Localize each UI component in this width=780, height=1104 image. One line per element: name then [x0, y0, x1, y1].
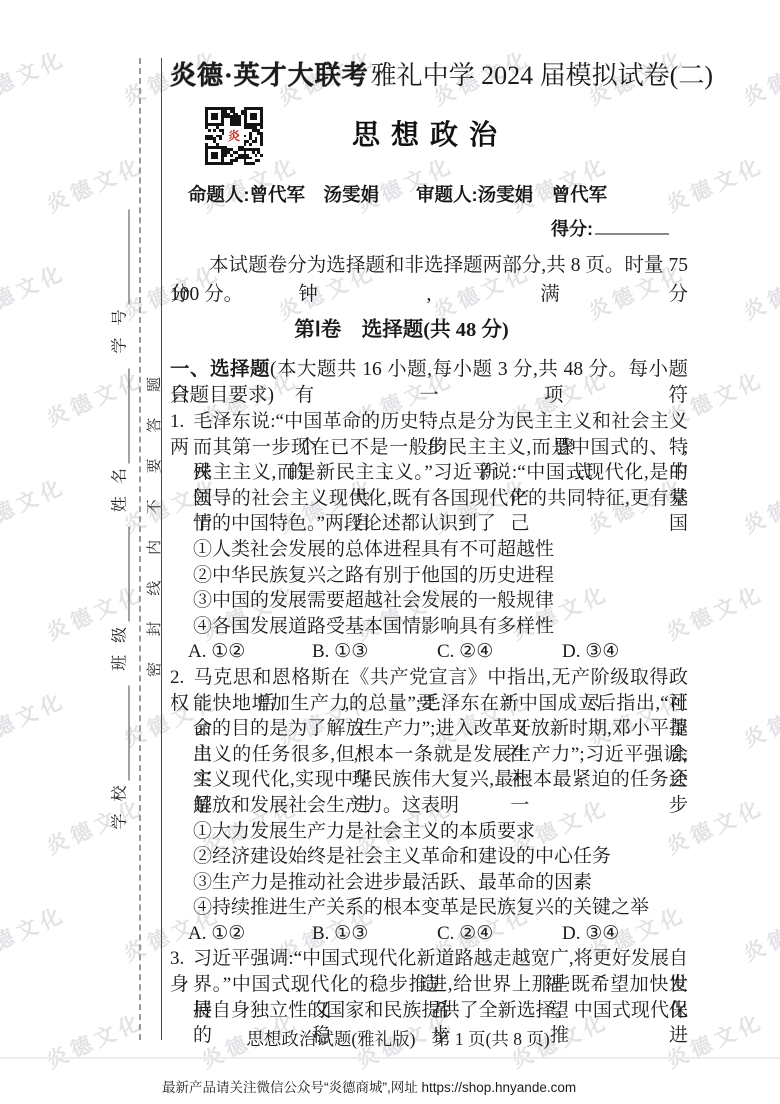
seal-char: 封 — [143, 621, 163, 636]
section-title: 一、选择题 — [170, 359, 270, 380]
field-class-blank — [125, 527, 130, 622]
qr-module — [230, 154, 233, 157]
watermark-text: 炎德文化 — [0, 42, 71, 112]
scan-edge-artifact — [0, 1057, 780, 1059]
choice-option: ④持续推进生产关系的根本变革是民族复兴的关键之举 — [170, 895, 688, 921]
watermark-text: 炎德文化 — [41, 791, 148, 861]
field-class: 班 级 — [107, 527, 130, 671]
choice-option: ①人类社会发展的总体进程具有不可超越性 — [170, 537, 688, 563]
qr-module — [257, 159, 260, 162]
field-name-blank — [125, 368, 130, 463]
answer-option-a: A. ①② — [188, 639, 245, 665]
choice-option: ④各国发展道路受基本国情影响具有多样性 — [170, 614, 688, 640]
seal-char: 要 — [143, 458, 163, 473]
question-stem-line: 主义现代化,实现中华民族伟大复兴,最根本最紧迫的任务还是进一步 — [170, 767, 688, 793]
answer-option-b: B. ①③ — [312, 639, 368, 665]
exam-body: 本试题卷分为选择题和非选择题两部分,共 8 页。时量 75 分钟,满分 100 … — [170, 251, 688, 1023]
qr-module — [235, 159, 238, 162]
seal-char: 答 — [143, 418, 163, 433]
field-school-blank — [125, 685, 130, 780]
question-stem-line: 能快地增加生产力的总量”;毛泽东在新中国成立后指出,“社会主义革 — [170, 691, 688, 717]
answer-options-row: A. ①② B. ①③ C. ②④ D. ③④ — [170, 921, 688, 947]
field-name-label: 姓 名 — [107, 464, 130, 512]
qr-module — [252, 162, 255, 165]
watermark-text: 炎德文化 — [738, 42, 780, 112]
choice-option: ③中国的发展需要超越社会发展的一般规律 — [170, 588, 688, 614]
field-student-number-blank — [125, 210, 130, 305]
seal-char: 密 — [143, 662, 163, 677]
question-stem-line: 1.毛泽东说:“中国革命的历史特点是分为民主主义和社会主义两个步骤, — [170, 409, 688, 435]
answer-option-b: B. ①③ — [312, 921, 368, 947]
answer-option-d: D. ③④ — [562, 639, 619, 665]
question-stem-line: 持自身独立性的国家和民族提供了全新选择。中国式现代化的稳步推进 — [170, 998, 688, 1024]
field-student-number: 学 号 — [107, 210, 130, 354]
qr-module — [260, 154, 263, 157]
watermark-text: 炎德文化 — [41, 363, 148, 433]
question-stem-line: 领导的社会主义现代化,既有各国现代化的共同特征,更有基于自己国 — [170, 486, 688, 512]
exam-title-rest: 雅礼中学 2024 届模拟试卷(二) — [371, 61, 713, 90]
section-directive-line: 一、选择题(本大题共 16 小题,每小题 3 分,共 48 分。每小题只有一项符 — [170, 357, 688, 383]
intro-line: 本试题卷分为选择题和非选择题两部分,共 8 页。时量 75 分钟,满分 — [170, 251, 688, 280]
field-name: 姓 名 — [107, 368, 130, 512]
watermark-text: 炎德文化 — [0, 256, 71, 326]
question-stem-line: 主义的任务很多,但根本一条就是发展生产力”;习近平强调,实现社会 — [170, 742, 688, 768]
field-student-number-label: 学 号 — [107, 306, 130, 354]
setters-line: 命题人:曾代军 汤雯娟 审题人:汤雯娟 曾代军 — [170, 181, 690, 207]
answer-option-c: C. ②④ — [437, 639, 493, 665]
answer-option-a: A. ①② — [188, 921, 245, 947]
page-footer: 思想政治试题(雅礼版) 第 1 页(共 8 页) — [170, 1026, 688, 1051]
exam-title: 炎德·英才大联考雅礼中学 2024 届模拟试卷(二) — [170, 55, 690, 92]
seal-fold-dashed-line — [139, 58, 141, 1040]
watermark-text: 炎德文化 — [0, 684, 71, 754]
watermark-text: 炎德文化 — [41, 149, 148, 219]
student-info-fields: 学 校 班 级 姓 名 学 号 — [109, 210, 130, 830]
watermark-text: 炎德文化 — [738, 898, 780, 968]
watermark-text: 炎德文化 — [0, 898, 71, 968]
qr-module — [224, 154, 227, 157]
watermark-text: 炎德文化 — [41, 577, 148, 647]
watermark-text: 炎德文化 — [41, 1005, 148, 1075]
qr-module — [255, 154, 258, 157]
question-stem-line: 3.习近平强调:“中国式现代化新道路越走越宽广,将更好发展自身、造福世 — [170, 946, 688, 972]
answer-option-c: C. ②④ — [437, 921, 493, 947]
field-school-label: 学 校 — [107, 781, 130, 829]
watermark-text: 炎德文化 — [738, 470, 780, 540]
bottom-notice: 最新产品请关注微信公众号“炎德商城”,网址 https://shop.hnyan… — [162, 1076, 576, 1096]
watermark-text: 炎德文化 — [738, 684, 780, 754]
choice-option: ②中华民族复兴之路有别于他国的历史进程 — [170, 563, 688, 589]
seal-char: 内 — [143, 540, 163, 555]
answer-options-row: A. ①② B. ①③ C. ②④ D. ③④ — [170, 639, 688, 665]
choice-option: ①大力发展生产力是社会主义的本质要求 — [170, 819, 688, 845]
question-stem-line: 民主主义,而是新民主主义。”习近平说:“中国式现代化,是中国共产党 — [170, 460, 688, 486]
qr-module — [230, 162, 233, 165]
question-number: 1. — [170, 409, 193, 435]
question-number: 3. — [170, 946, 193, 972]
question-stem-line: 而其第一步现在已不是一般的民主主义,而是中国式的、特殊的、新式的 — [170, 435, 688, 461]
question-stem-line: 2.马克思和恩格斯在《共产党宣言》中指出,无产阶级取得政权后,要“尽可 — [170, 665, 688, 691]
qr-module — [249, 157, 252, 160]
part-heading: 第Ⅰ卷 选择题(共 48 分) — [170, 316, 688, 345]
subject-title: 思想政治 — [170, 113, 690, 153]
seal-char: 线 — [143, 581, 163, 596]
seal-char: 不 — [143, 499, 163, 514]
field-school: 学 校 — [107, 685, 130, 829]
choice-option: ②经济建设始终是社会主义革命和建设的中心任务 — [170, 844, 688, 870]
exam-series-brand: 炎德·英才大联考 — [170, 61, 369, 90]
field-class-label: 班 级 — [107, 623, 130, 671]
seal-char: 题 — [143, 377, 163, 392]
seal-line-text: 密 封 线 内 不 要 答 题 — [143, 377, 163, 677]
question-number: 2. — [170, 665, 193, 691]
score-blank — [595, 229, 669, 235]
question-stem-line: 界。”中国式现代化的稳步推进,给世界上那些既希望加快发展又希望保 — [170, 972, 688, 998]
score-field: 得分: — [551, 215, 669, 241]
score-label: 得分: — [551, 219, 593, 239]
watermark-text: 炎德文化 — [738, 256, 780, 326]
exam-page: 炎德文化炎德文化炎德文化炎德文化炎德文化炎德文化炎德文化炎德文化炎德文化炎德文化… — [0, 0, 780, 1104]
choice-option: ③生产力是推动社会进步最活跃、最革命的因素 — [170, 870, 688, 896]
watermark-text: 炎德文化 — [0, 470, 71, 540]
question-stem-line: 命的目的是为了解放生产力”;进入改革开放新时期,邓小平提出,“社会 — [170, 716, 688, 742]
answer-option-d: D. ③④ — [562, 921, 619, 947]
